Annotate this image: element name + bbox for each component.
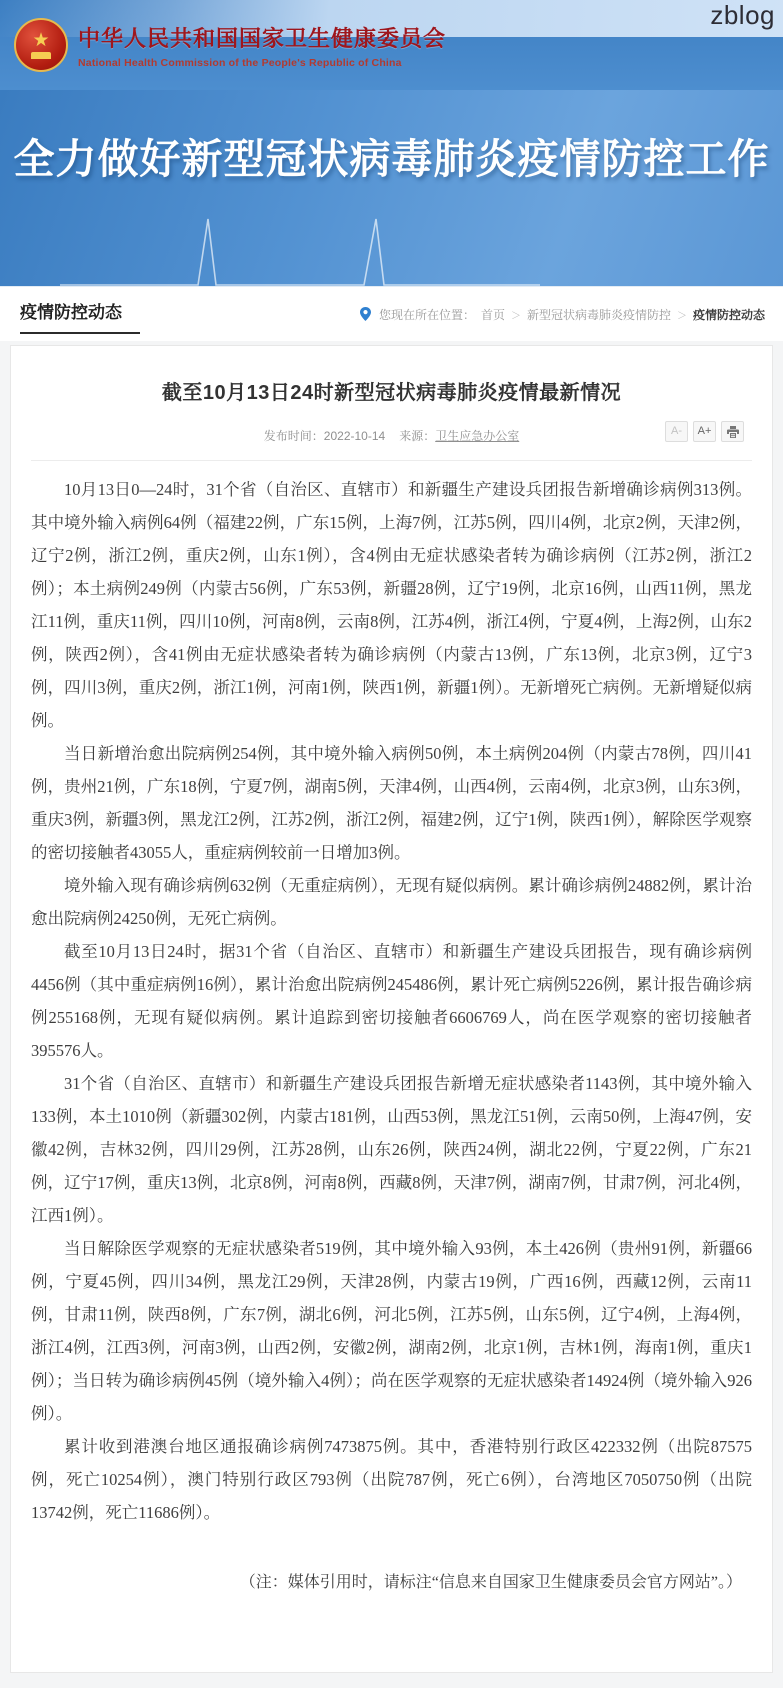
font-increase-button[interactable]: A+: [693, 421, 716, 442]
article-paragraph: 10月13日0—24时，31个省（自治区、直辖市）和新疆生产建设兵团报告新增确诊…: [31, 473, 752, 737]
article-container: 截至10月13日24时新型冠状病毒肺炎疫情最新情况 发布时间：2022-10-1…: [10, 345, 773, 1673]
breadcrumb-separator: ＞: [677, 307, 687, 322]
article-tools: A- A+: [665, 421, 744, 442]
article-meta-row: 发布时间：2022-10-14来源：卫生应急办公室 A- A+: [31, 427, 752, 444]
font-decrease-button[interactable]: A-: [665, 421, 688, 442]
location-pin-icon: [360, 307, 371, 321]
article-paragraph: 截至10月13日24时，据31个省（自治区、直辖市）和新疆生产建设兵团报告，现有…: [31, 935, 752, 1067]
site-brand[interactable]: ★ 中华人民共和国国家卫生健康委员会 National Health Commi…: [14, 18, 446, 72]
source-link[interactable]: 卫生应急办公室: [435, 429, 519, 443]
publish-date: 2022-10-14: [324, 429, 385, 443]
print-button[interactable]: [721, 421, 744, 442]
ecg-heartbeat-graphic: [0, 216, 783, 286]
article-paragraph: 当日新增治愈出院病例254例，其中境外输入病例50例，本土病例204例（内蒙古7…: [31, 737, 752, 869]
source-label: 来源：: [399, 429, 435, 443]
article-paragraph: 累计收到港澳台地区通报确诊病例7473875例。其中，香港特别行政区422332…: [31, 1430, 752, 1529]
article-paragraph: 境外输入现有确诊病例632例（无重症病例），无现有疑似病例。累计确诊病例2488…: [31, 869, 752, 935]
breadcrumb-topic-link[interactable]: 新型冠状病毒肺炎疫情防控: [527, 306, 671, 323]
breadcrumb-separator: ＞: [511, 307, 521, 322]
printer-icon: [727, 426, 739, 438]
meta-divider: [31, 460, 752, 461]
citation-note: （注：媒体引用时，请标注“信息来自国家卫生健康委员会官方网站”。）: [31, 1569, 752, 1592]
breadcrumb-current: 疫情防控动态: [693, 306, 765, 323]
location-label: 您现在所在位置：: [379, 306, 475, 323]
org-name-cn: 中华人民共和国国家卫生健康委员会: [78, 22, 446, 53]
emblem-star-icon: ★: [32, 32, 49, 50]
emblem-gate-icon: [31, 52, 51, 59]
watermark-text: zblog: [710, 0, 775, 31]
campaign-banner: 全力做好新型冠状病毒肺炎疫情防控工作: [0, 90, 783, 287]
article-meta: 发布时间：2022-10-14来源：卫生应急办公室: [31, 427, 752, 444]
publish-label: 发布时间：: [264, 429, 324, 443]
article-body: 10月13日0—24时，31个省（自治区、直辖市）和新疆生产建设兵团报告新增确诊…: [31, 473, 752, 1529]
article-title: 截至10月13日24时新型冠状病毒肺炎疫情最新情况: [31, 376, 752, 405]
breadcrumb-home-link[interactable]: 首页: [481, 306, 505, 323]
breadcrumb: 您现在所在位置： 首页 ＞ 新型冠状病毒肺炎疫情防控 ＞ 疫情防控动态: [360, 306, 765, 323]
breadcrumb-strip: 疫情防控动态 您现在所在位置： 首页 ＞ 新型冠状病毒肺炎疫情防控 ＞ 疫情防控…: [0, 287, 783, 341]
banner-slogan: 全力做好新型冠状病毒肺炎疫情防控工作: [0, 126, 783, 185]
section-title: 疫情防控动态: [20, 294, 140, 334]
site-header: zblog ★ 中华人民共和国国家卫生健康委员会 National Health…: [0, 0, 783, 90]
article-paragraph: 当日解除医学观察的无症状感染者519例，其中境外输入93例，本土426例（贵州9…: [31, 1232, 752, 1430]
article-paragraph: 31个省（自治区、直辖市）和新疆生产建设兵团报告新增无症状感染者1143例，其中…: [31, 1067, 752, 1232]
national-emblem-logo: ★: [14, 18, 68, 72]
org-name-en: National Health Commission of the People…: [78, 57, 446, 69]
